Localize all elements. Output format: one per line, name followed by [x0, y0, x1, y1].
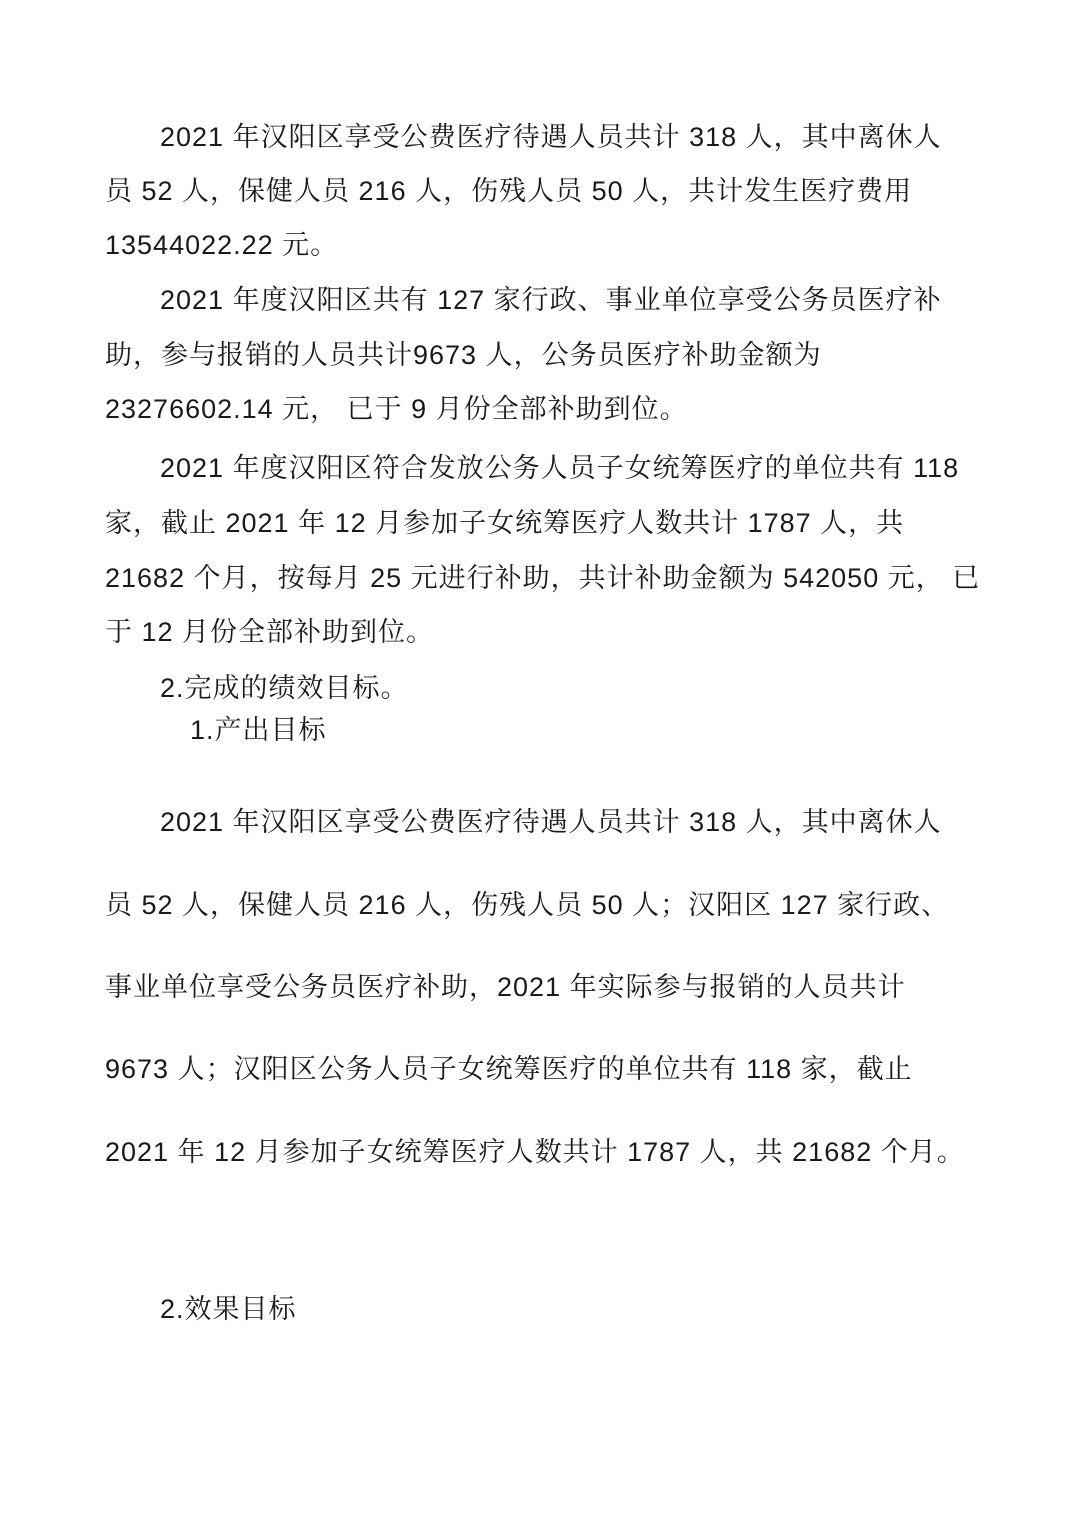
paragraph-3-line-2: 家，截止 2021 年 12 月参加子女统筹医疗人数共计 1787 人，共 — [105, 507, 904, 539]
paragraph-3-line-3: 21682 个月，按每月 25 元进行补助，共计补助金额为 542050 元， … — [105, 562, 980, 594]
output-goals-line-5: 2021 年 12 月参加子女统筹医疗人数共计 1787 人，共 21682 个… — [105, 1136, 965, 1168]
output-goals-line-3: 事业单位享受公务员医疗补助，2021 年实际参与报销的人员共计 — [105, 971, 906, 1003]
heading-output-goals: 1.产出目标 — [190, 714, 327, 746]
heading-effect-goals: 2.效果目标 — [160, 1293, 297, 1325]
paragraph-3-line-4: 于 12 月份全部补助到位。 — [105, 616, 434, 648]
paragraph-1-line-1: 2021 年汉阳区享受公费医疗待遇人员共计 318 人，其中离休人 — [160, 121, 942, 153]
paragraph-2-line-1: 2021 年度汉阳区共有 127 家行政、事业单位享受公务员医疗补 — [160, 284, 942, 316]
output-goals-line-4: 9673 人；汉阳区公务人员子女统筹医疗的单位共有 118 家，截止 — [105, 1053, 913, 1085]
output-goals-line-2: 员 52 人，保健人员 216 人，伤残人员 50 人；汉阳区 127 家行政、 — [105, 889, 949, 921]
paragraph-3-line-1: 2021 年度汉阳区符合发放公务人员子女统筹医疗的单位共有 118 — [160, 452, 959, 484]
document-page: 2021 年汉阳区享受公费医疗待遇人员共计 318 人，其中离休人 员 52 人… — [0, 0, 1074, 1518]
paragraph-2-line-2: 助，参与报销的人员共计9673 人，公务员医疗补助金额为 — [105, 339, 822, 371]
heading-completed-goals: 2.完成的绩效目标。 — [160, 672, 409, 704]
paragraph-2-line-3: 23276602.14 元， 已于 9 月份全部补助到位。 — [105, 393, 688, 425]
output-goals-line-1: 2021 年汉阳区享受公费医疗待遇人员共计 318 人，其中离休人 — [160, 806, 942, 838]
paragraph-1-line-3: 13544022.22 元。 — [105, 229, 338, 261]
paragraph-1-line-2: 员 52 人，保健人员 216 人，伤残人员 50 人，共计发生医疗费用 — [105, 175, 912, 207]
